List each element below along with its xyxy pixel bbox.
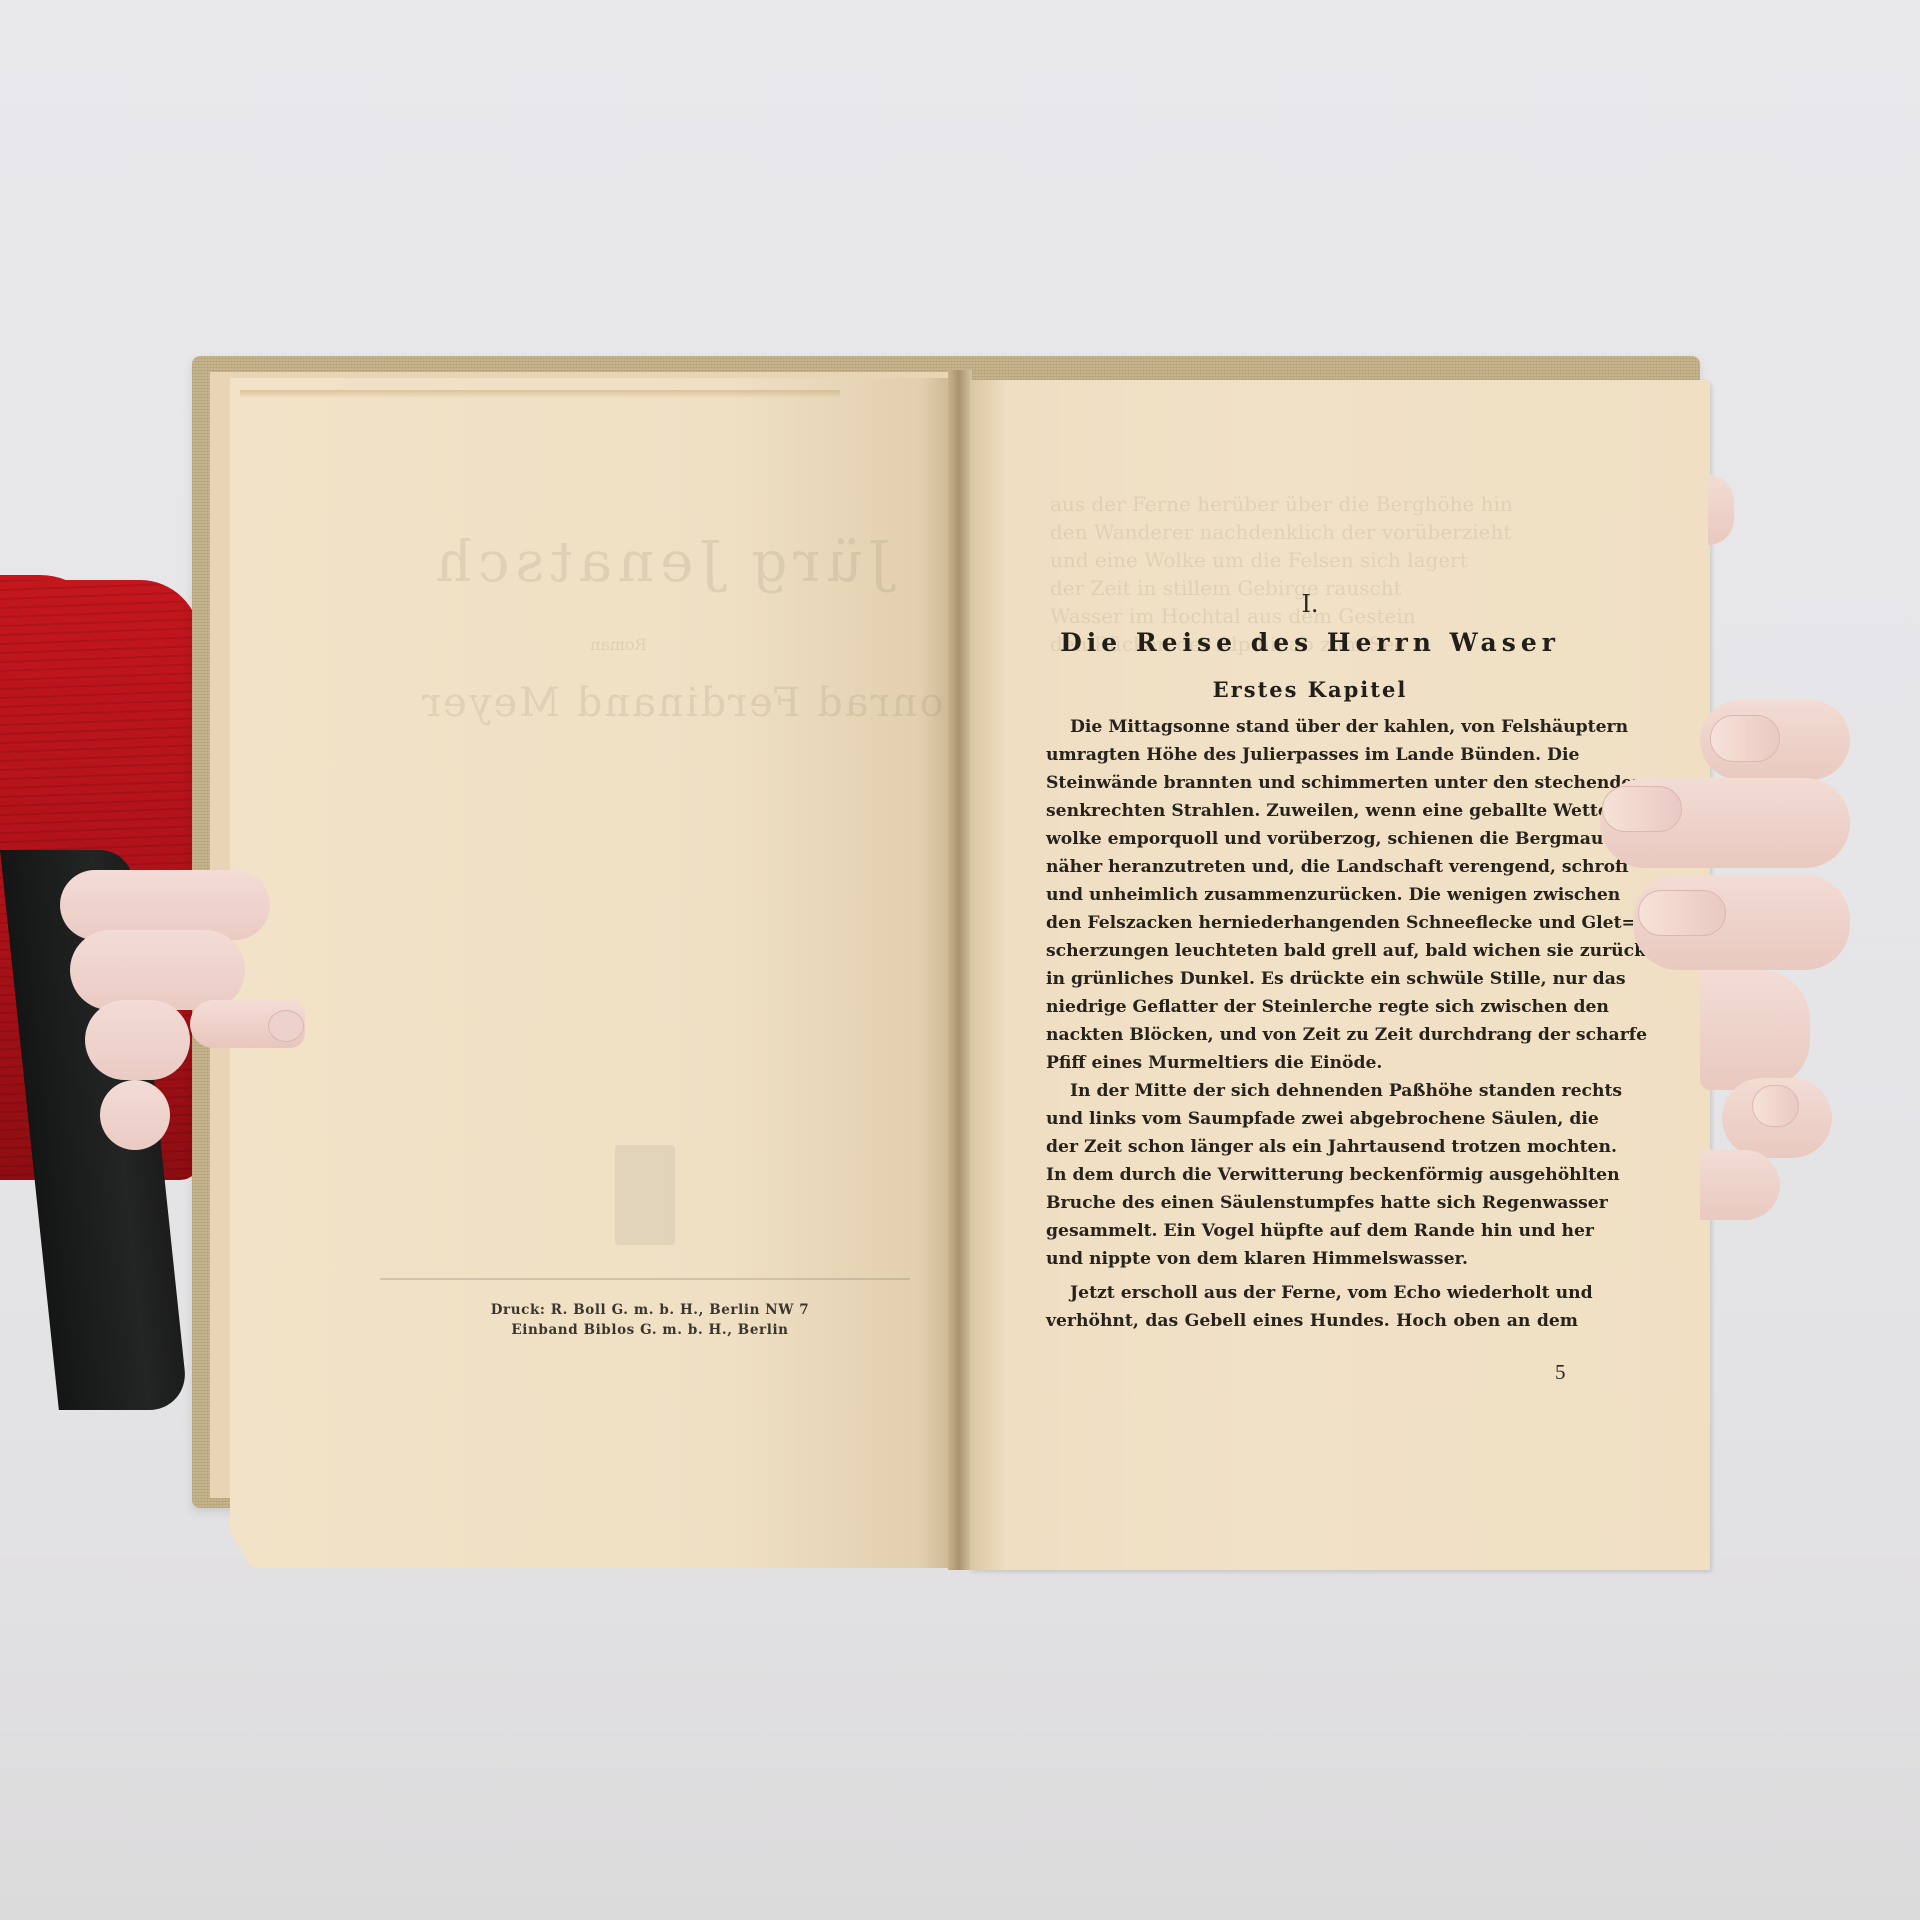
text-line: den Felszacken herniederhangenden Schnee…	[1046, 910, 1578, 936]
right-fingernail	[1710, 715, 1780, 762]
text-line: Die Mittagsonne stand über der kahlen, v…	[1070, 714, 1578, 740]
left-finger	[85, 1000, 190, 1080]
left-finger	[70, 930, 245, 1010]
text-line: In der Mitte der sich dehnenden Paßhöhe …	[1070, 1078, 1578, 1104]
text-line: scherzungen leuchteten bald grell auf, b…	[1046, 938, 1578, 964]
show-through-title: Jürg Jenatsch	[430, 530, 891, 595]
text-line: näher heranzutreten und, die Landschaft …	[1046, 854, 1578, 880]
show-through-line: den Wanderer nachdenklich der vorüberzie…	[1050, 520, 1511, 544]
text-line: und nippte von dem klaren Himmelswasser.	[1046, 1246, 1578, 1272]
chapter-title: Die Reise des Herrn Waser	[1040, 628, 1580, 657]
show-through-line: aus der Ferne herüber über die Berghöhe …	[1050, 492, 1513, 516]
book-gutter	[948, 370, 972, 1570]
chapter-number: I.	[1040, 590, 1580, 618]
right-hand-palm	[1700, 1150, 1780, 1220]
text-line: und unheimlich zusammenzurücken. Die wen…	[1046, 882, 1578, 908]
text-line: und links vom Saumpfade zwei abgebrochen…	[1046, 1106, 1578, 1132]
text-line: in grünliches Dunkel. Es drückte ein sch…	[1046, 966, 1578, 992]
page-number: 5	[1555, 1360, 1566, 1385]
text-line: senkrechten Strahlen. Zuweilen, wenn ein…	[1046, 798, 1578, 824]
text-line: umragten Höhe des Julierpasses im Lande …	[1046, 742, 1578, 768]
show-through-author: Conrad Ferdinand Meyer	[420, 680, 976, 726]
text-line: Bruche des einen Säulenstumpfes hatte si…	[1046, 1190, 1578, 1216]
text-line: der Zeit schon länger als ein Jahrtausen…	[1046, 1134, 1578, 1160]
text-line: Jetzt erscholl aus der Ferne, vom Echo w…	[1070, 1280, 1578, 1306]
right-finger	[1700, 970, 1810, 1090]
right-fingernail	[1752, 1085, 1799, 1127]
show-through-byline: Roman	[590, 635, 647, 654]
imprint-line-1: Druck: R. Boll G. m. b. H., Berlin NW 7	[440, 1302, 860, 1318]
left-thumb-nail	[268, 1010, 304, 1042]
text-line: gesammelt. Ein Vogel hüpfte auf dem Rand…	[1046, 1218, 1578, 1244]
text-line: nackten Blöcken, und von Zeit zu Zeit du…	[1046, 1022, 1578, 1048]
chapter-subtitle: Erstes Kapitel	[1040, 677, 1580, 702]
imprint-rule	[380, 1278, 910, 1280]
text-line: verhöhnt, das Gebell eines Hundes. Hoch …	[1046, 1308, 1578, 1334]
text-line: Pfiff eines Murmeltiers die Einöde.	[1046, 1050, 1578, 1076]
left-finger	[100, 1080, 170, 1150]
imprint-line-2: Einband Biblos G. m. b. H., Berlin	[440, 1322, 860, 1338]
text-line: Steinwände brannten und schimmerten unte…	[1046, 770, 1578, 796]
text-line: wolke emporquoll und vorüberzog, schiene…	[1046, 826, 1578, 852]
show-through-emblem	[615, 1145, 675, 1245]
left-page-crease	[240, 390, 840, 398]
right-fingernail	[1638, 890, 1726, 936]
right-finger	[1708, 475, 1734, 545]
right-fingernail	[1602, 786, 1682, 832]
text-line: In dem durch die Verwitterung beckenförm…	[1046, 1162, 1578, 1188]
show-through-line: und eine Wolke um die Felsen sich lagert	[1050, 548, 1468, 572]
text-line: niedrige Geflatter der Steinlerche regte…	[1046, 994, 1578, 1020]
